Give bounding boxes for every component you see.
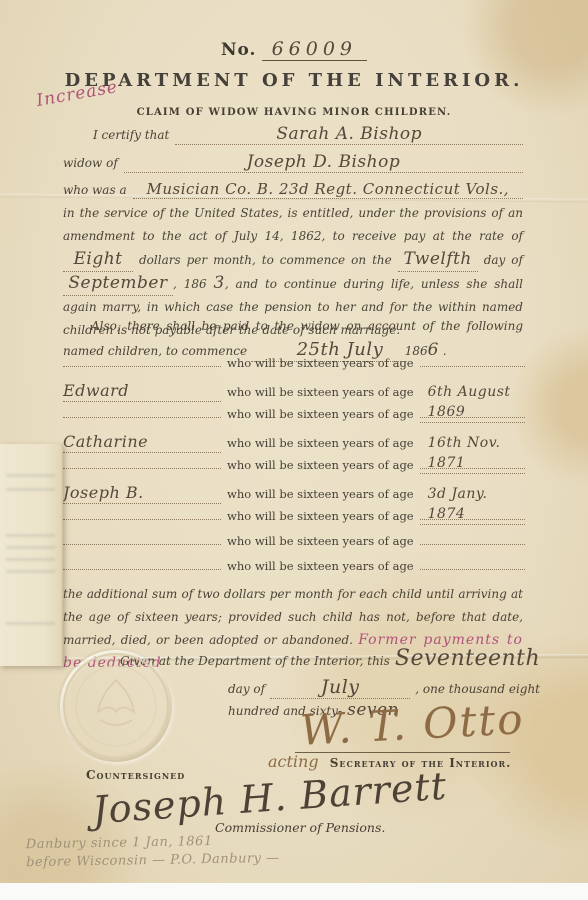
day-of-label: day of bbox=[228, 682, 265, 696]
pencil-notes: Danbury since 1 Jan, 1861 before Wiscons… bbox=[26, 832, 280, 872]
child-name bbox=[63, 417, 221, 418]
paragraph-text: , 186 bbox=[173, 277, 207, 291]
given-day-word: Seventeenth bbox=[395, 646, 540, 671]
child-sixteen-date bbox=[420, 569, 525, 570]
child-row-label: who will be sixteen years of age bbox=[221, 458, 420, 472]
document-subtitle: CLAIM OF WIDOW HAVING MINOR CHILDREN. bbox=[137, 107, 452, 118]
pencil-note-line: before Wisconsin — P.O. Danbury — bbox=[26, 850, 280, 872]
commence-day-value: Twelfth bbox=[398, 248, 478, 272]
widow-of-label: widow of bbox=[63, 156, 118, 170]
soldier-name: Joseph D. Bishop bbox=[124, 152, 523, 173]
paragraph-text: dollars per month, to commence on the bbox=[139, 253, 392, 267]
document-subtitle-row: CLAIM OF WIDOW HAVING MINOR CHILDREN. bbox=[0, 100, 588, 119]
secretary-signature: W. T. Otto bbox=[299, 694, 526, 755]
child-sixteen-date bbox=[420, 544, 525, 545]
attached-slip bbox=[0, 444, 63, 666]
certify-line: I certify that Sarah A. Bishop bbox=[63, 124, 523, 145]
child-row-label: who will be sixteen years of age bbox=[221, 436, 420, 450]
child-row-label: who will be sixteen years of age bbox=[221, 407, 420, 421]
child-row-label: who will be sixteen years of age bbox=[221, 559, 420, 573]
child-name bbox=[63, 544, 221, 545]
child-row: who will be sixteen years of age bbox=[63, 458, 525, 472]
paragraph-text: in the service of the United States, is … bbox=[63, 206, 523, 243]
given-line-1: Given at the Department of the Interior,… bbox=[120, 646, 540, 671]
child-row-label: who will be sixteen years of age bbox=[221, 487, 420, 501]
slip-faint-text bbox=[6, 570, 55, 573]
document-paper: No. 66009 DEPARTMENT OF THE INTERIOR. CL… bbox=[0, 0, 588, 883]
commence-month-value: September bbox=[63, 272, 173, 296]
child-sixteen-date bbox=[420, 366, 525, 367]
child-sixteen-date bbox=[420, 519, 525, 520]
acting-annotation: acting bbox=[268, 752, 319, 771]
widow-of-line: widow of Joseph D. Bishop bbox=[63, 152, 523, 173]
service-description: Musician Co. B. 23d Regt. Connecticut Vo… bbox=[133, 180, 523, 199]
child-row: who will be sixteen years of age bbox=[63, 509, 525, 523]
child-name bbox=[63, 519, 221, 520]
seal-eagle-icon bbox=[60, 650, 172, 762]
child-name bbox=[63, 366, 221, 367]
child-name: Joseph B. bbox=[63, 483, 221, 504]
widow-name: Sarah A. Bishop bbox=[175, 124, 523, 145]
child-sixteen-date bbox=[420, 468, 525, 469]
child-row-label: who will be sixteen years of age bbox=[221, 534, 420, 548]
child-row-label: who will be sixteen years of age bbox=[221, 509, 420, 523]
child-row: who will be sixteen years of age bbox=[63, 559, 525, 573]
child-row: who will be sixteen years of age bbox=[63, 356, 525, 370]
given-month: July bbox=[270, 676, 410, 699]
child-row: who will be sixteen years of age bbox=[63, 534, 525, 548]
child-name: Catharine bbox=[63, 432, 221, 453]
countersigned-label: Countersigned bbox=[86, 768, 185, 782]
child-row-label: who will be sixteen years of age bbox=[221, 385, 420, 399]
child-row-label: who will be sixteen years of age bbox=[221, 356, 420, 370]
certify-label: I certify that bbox=[63, 128, 169, 142]
document-title: DEPARTMENT OF THE INTERIOR. bbox=[65, 70, 524, 91]
child-row: who will be sixteen years of age bbox=[63, 407, 525, 421]
commence-year-digit: 3 bbox=[214, 273, 225, 293]
slip-faint-text bbox=[6, 488, 55, 491]
slip-faint-text bbox=[6, 534, 55, 537]
rate-value: Eight bbox=[63, 248, 133, 272]
slip-faint-text bbox=[6, 622, 55, 625]
document-number-line: No. 66009 bbox=[0, 38, 588, 60]
paragraph-text: day of bbox=[484, 253, 523, 267]
child-name bbox=[63, 468, 221, 469]
child-name bbox=[63, 569, 221, 570]
number-label: No. bbox=[221, 40, 257, 60]
who-was-label: who was a bbox=[63, 183, 127, 197]
slip-faint-text bbox=[6, 546, 55, 549]
document-number-value: 66009 bbox=[262, 38, 367, 61]
child-sixteen-date bbox=[420, 417, 525, 418]
slip-faint-text bbox=[6, 474, 55, 477]
scan-background bbox=[0, 883, 588, 900]
service-line: who was a Musician Co. B. 23d Regt. Conn… bbox=[63, 180, 523, 199]
interior-department-seal bbox=[60, 650, 172, 762]
child-name: Edward bbox=[63, 381, 221, 402]
slip-faint-text bbox=[6, 558, 55, 561]
